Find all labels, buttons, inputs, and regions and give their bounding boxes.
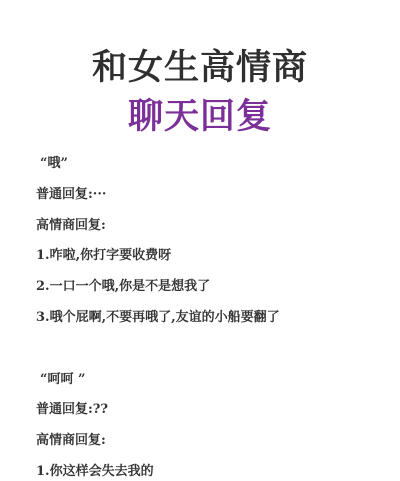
section-1-prompt: “哦” — [36, 149, 280, 180]
section-2-prompt: “呵呵 ” — [36, 365, 280, 396]
page-subtitle: 聊天回复 — [0, 97, 400, 137]
page-title: 和女生高情商 — [0, 48, 400, 88]
section-1-reply-3: 3.哦个屁啊,不要再哦了,友谊的小船要翻了 — [36, 303, 280, 334]
section-2-normal-reply: 普通回复:?? — [36, 395, 280, 426]
section-1-normal-reply: 普通回复:··· — [36, 180, 280, 211]
section-1-reply-1: 1.咋啦,你打字要收费呀 — [36, 241, 280, 272]
section-1-reply-2: 2.一口一个哦,你是不是想我了 — [36, 272, 280, 303]
section-2-reply-1: 1.你这样会失去我的 — [36, 457, 280, 481]
section-2-eq-label: 高情商回复: — [36, 426, 280, 457]
section-1-eq-label: 高情商回复: — [36, 211, 280, 242]
content-body: “哦” 普通回复:··· 高情商回复: 1.咋啦,你打字要收费呀 2.一口一个哦… — [36, 149, 280, 481]
spacer — [36, 334, 280, 365]
